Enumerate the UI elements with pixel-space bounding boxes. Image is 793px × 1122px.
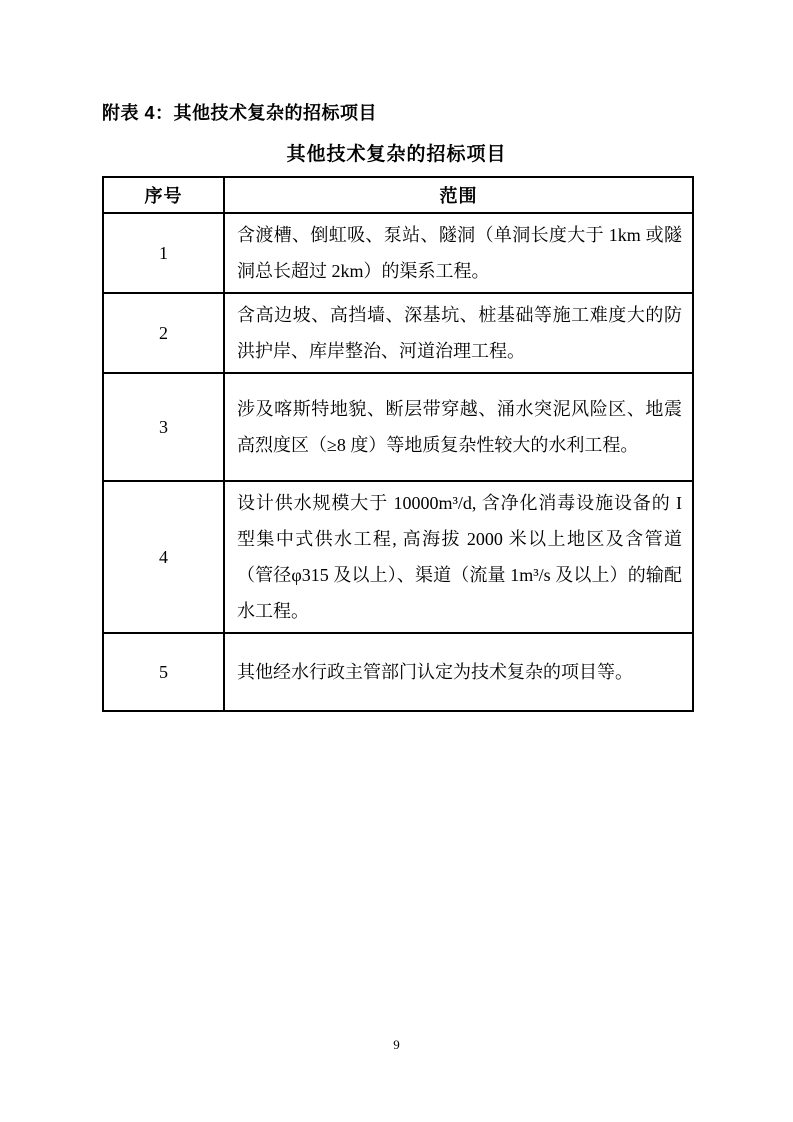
page-number: 9	[0, 1037, 793, 1053]
column-header-index: 序号	[103, 177, 224, 213]
row-index: 1	[103, 213, 224, 293]
row-index: 5	[103, 633, 224, 711]
table-row: 5 其他经水行政主管部门认定为技术复杂的项目等。	[103, 633, 693, 711]
row-scope: 含渡槽、倒虹吸、泵站、隧洞（单洞长度大于 1km 或隧洞总长超过 2km）的渠系…	[224, 213, 693, 293]
row-scope: 涉及喀斯特地貌、断层带穿越、涌水突泥风险区、地震高烈度区（≥8 度）等地质复杂性…	[224, 373, 693, 481]
appendix-heading: 附表 4：其他技术复杂的招标项目	[102, 99, 377, 125]
document-page: 附表 4：其他技术复杂的招标项目 其他技术复杂的招标项目 序号 范围 1 含渡槽…	[0, 0, 793, 1122]
row-index: 4	[103, 481, 224, 633]
row-scope: 含高边坡、高挡墙、深基坑、桩基础等施工难度大的防洪护岸、库岸整治、河道治理工程。	[224, 293, 693, 373]
row-index: 2	[103, 293, 224, 373]
column-header-scope: 范围	[224, 177, 693, 213]
table-row: 2 含高边坡、高挡墙、深基坑、桩基础等施工难度大的防洪护岸、库岸整治、河道治理工…	[103, 293, 693, 373]
row-index: 3	[103, 373, 224, 481]
table-row: 4 设计供水规模大于 10000m³/d, 含净化消毒设施设备的 I 型集中式供…	[103, 481, 693, 633]
table-title: 其他技术复杂的招标项目	[0, 139, 793, 166]
row-scope: 设计供水规模大于 10000m³/d, 含净化消毒设施设备的 I 型集中式供水工…	[224, 481, 693, 633]
table-header-row: 序号 范围	[103, 177, 693, 213]
row-scope: 其他经水行政主管部门认定为技术复杂的项目等。	[224, 633, 693, 711]
projects-table: 序号 范围 1 含渡槽、倒虹吸、泵站、隧洞（单洞长度大于 1km 或隧洞总长超过…	[102, 176, 694, 712]
table-row: 3 涉及喀斯特地貌、断层带穿越、涌水突泥风险区、地震高烈度区（≥8 度）等地质复…	[103, 373, 693, 481]
table-row: 1 含渡槽、倒虹吸、泵站、隧洞（单洞长度大于 1km 或隧洞总长超过 2km）的…	[103, 213, 693, 293]
